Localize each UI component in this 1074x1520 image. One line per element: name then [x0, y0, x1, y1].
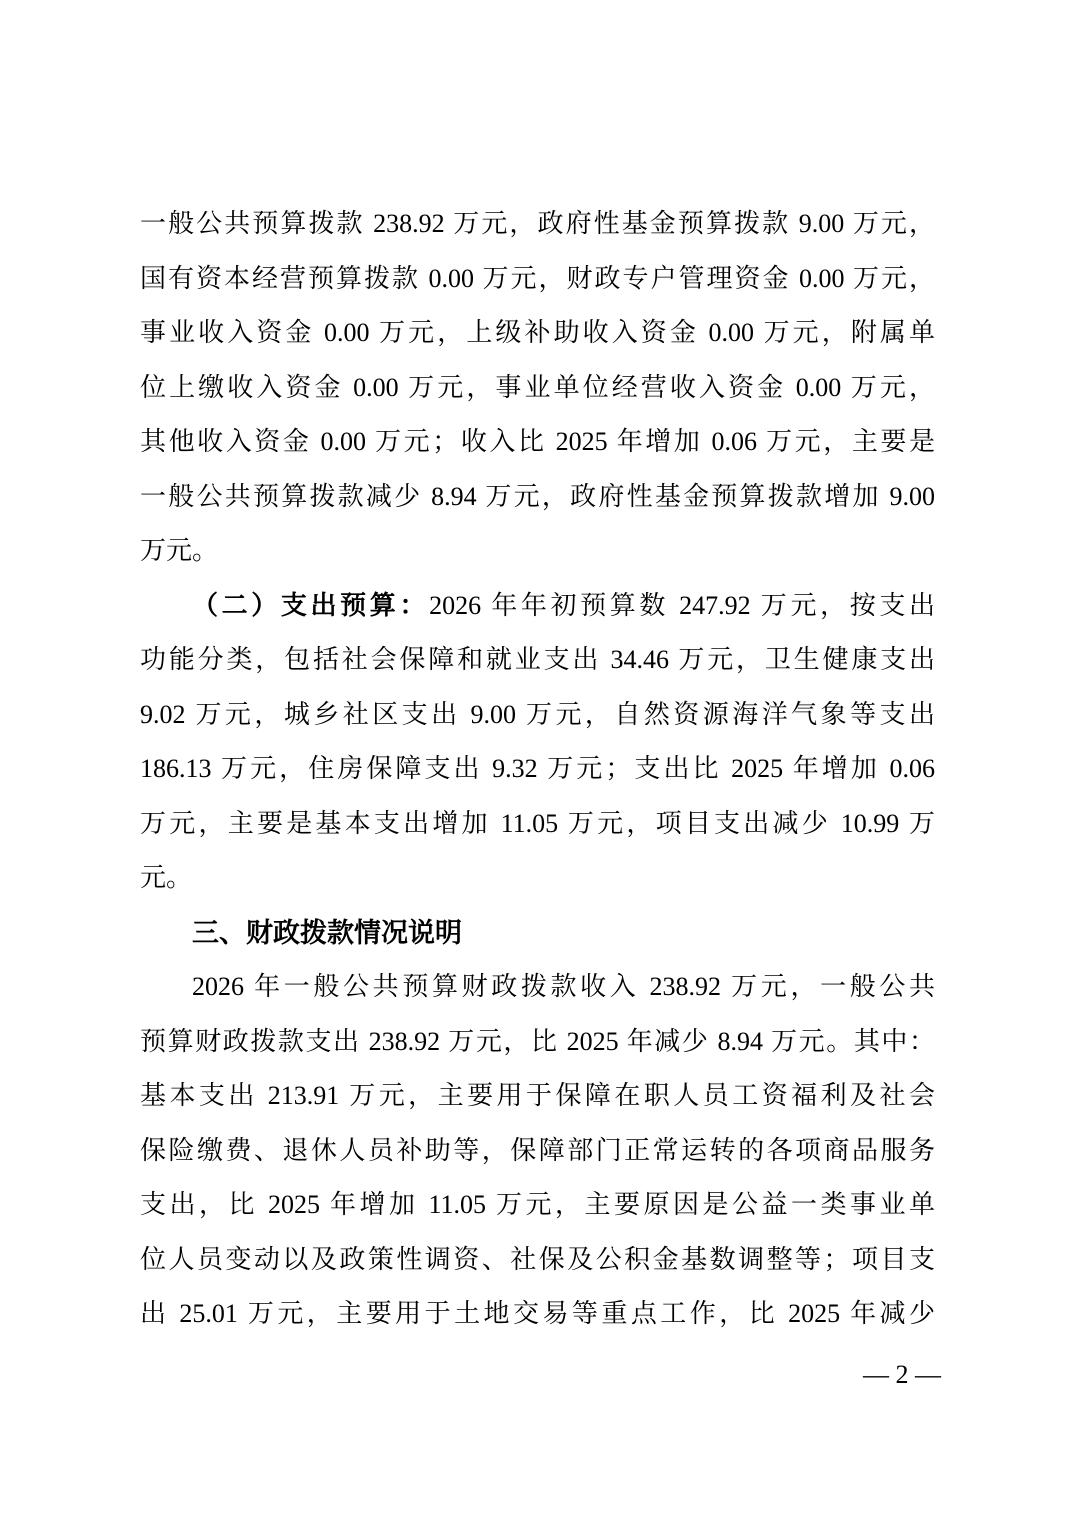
body-line: 万元，主要是基本支出增加 11.05 万元，项目支出减少 10.99 万	[140, 797, 935, 852]
body-line: 位人员变动以及政策性调资、社保及公积金基数调整等；项目支	[140, 1233, 935, 1288]
paragraph-lead: （二）支出预算：	[192, 591, 429, 620]
body-line: 一般公共预算拨款 238.92 万元，政府性基金预算拨款 9.00 万元，	[140, 197, 935, 252]
body-line: 国有资本经营预算拨款 0.00 万元，财政专户管理资金 0.00 万元，	[140, 252, 935, 307]
body-line: 基本支出 213.91 万元，主要用于保障在职人员工资福利及社会	[140, 1069, 935, 1124]
body-line: 其他收入资金 0.00 万元；收入比 2025 年增加 0.06 万元，主要是	[140, 415, 935, 470]
body-line: 预算财政拨款支出 238.92 万元，比 2025 年减少 8.94 万元。其中…	[140, 1015, 935, 1070]
section-heading: 三、财政拨款情况说明	[140, 906, 935, 961]
document-body: 一般公共预算拨款 238.92 万元，政府性基金预算拨款 9.00 万元， 国有…	[140, 197, 935, 1342]
body-line: 万元。	[140, 524, 935, 579]
body-line: 保险缴费、退休人员补助等，保障部门正常运转的各项商品服务	[140, 1124, 935, 1179]
paragraph-text: 2026 年年初预算数 247.92 万元，按支出	[429, 591, 935, 620]
page-number: — 2 —	[863, 1348, 941, 1403]
body-line: 2026 年一般公共预算财政拨款收入 238.92 万元，一般公共	[140, 960, 935, 1015]
body-line: 位上缴收入资金 0.00 万元，事业单位经营收入资金 0.00 万元，	[140, 361, 935, 416]
body-line: 出 25.01 万元，主要用于土地交易等重点工作，比 2025 年减少	[140, 1287, 935, 1342]
body-line: 一般公共预算拨款减少 8.94 万元，政府性基金预算拨款增加 9.00	[140, 470, 935, 525]
body-line: 支出，比 2025 年增加 11.05 万元，主要原因是公益一类事业单	[140, 1178, 935, 1233]
body-line: （二）支出预算：2026 年年初预算数 247.92 万元，按支出	[140, 579, 935, 634]
body-line: 186.13 万元，住房保障支出 9.32 万元；支出比 2025 年增加 0.…	[140, 742, 935, 797]
document-page: 一般公共预算拨款 238.92 万元，政府性基金预算拨款 9.00 万元， 国有…	[0, 0, 1074, 1520]
body-line: 功能分类，包括社会保障和就业支出 34.46 万元，卫生健康支出	[140, 633, 935, 688]
body-line: 9.02 万元，城乡社区支出 9.00 万元，自然资源海洋气象等支出	[140, 688, 935, 743]
body-line: 元。	[140, 851, 935, 906]
body-line: 事业收入资金 0.00 万元，上级补助收入资金 0.00 万元，附属单	[140, 306, 935, 361]
